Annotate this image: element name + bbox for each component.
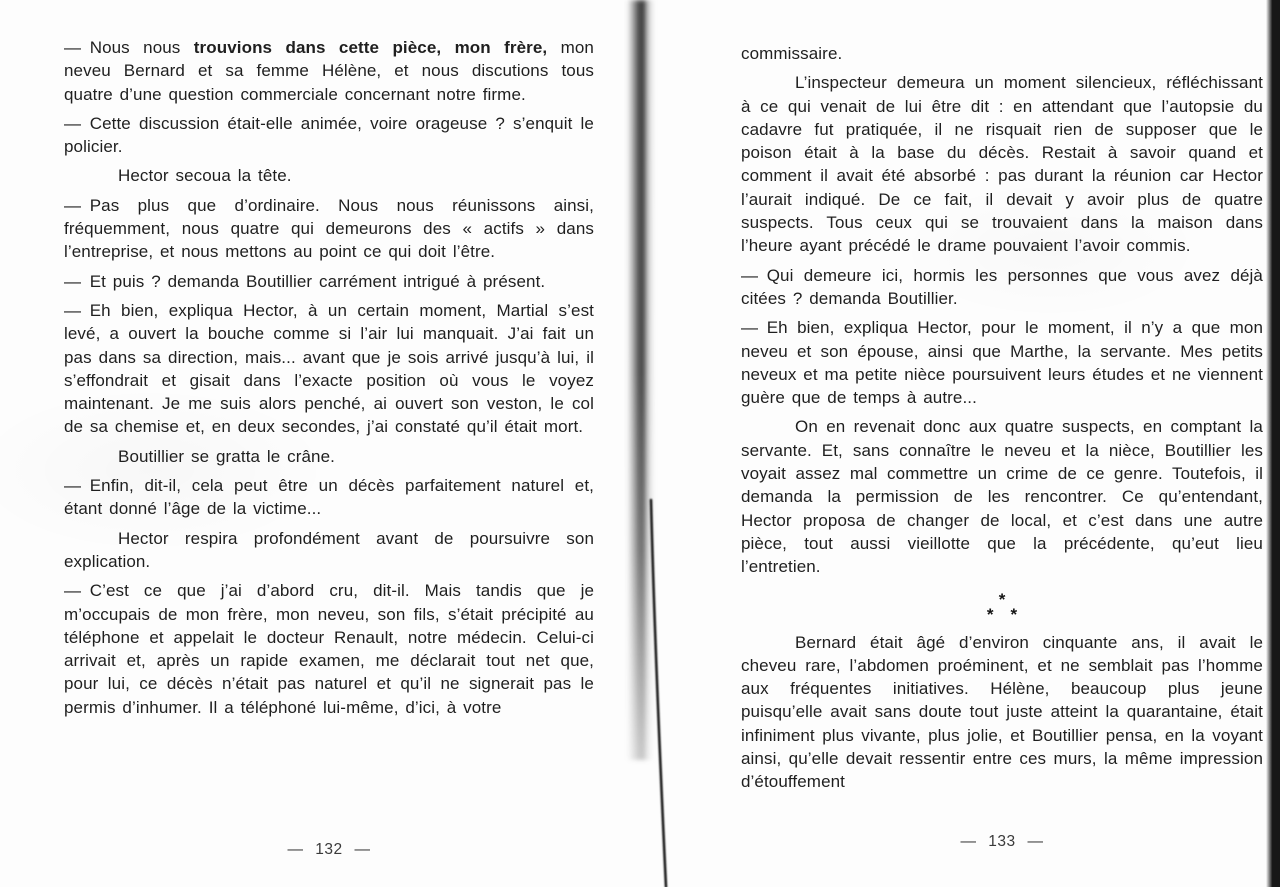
paragraph: — C’est ce que j’ai d’abord cru, dit-il.… — [64, 579, 594, 719]
text-run: — Eh bien, expliqua Hector, pour le mome… — [741, 318, 1263, 407]
paragraph: Hector respira profondément avant de pou… — [64, 527, 594, 574]
paragraph: — Eh bien, expliqua Hector, à un certain… — [64, 299, 594, 439]
left-page: — Nous nous trouvions dans cette pièce, … — [64, 0, 594, 887]
book-scan: { "colors": { "page_background": "#fdfdf… — [0, 0, 1280, 887]
bold-text-run: trouvions dans cette pièce, mon frère, — [194, 38, 548, 57]
paragraph: On en revenait donc aux quatre suspects,… — [741, 415, 1263, 578]
text-run: On en revenait donc aux quatre suspects,… — [741, 417, 1263, 576]
text-run: — Qui demeure ici, hormis les personnes … — [741, 266, 1263, 308]
text-run: — Pas plus que d’ordinaire. Nous nous ré… — [64, 196, 594, 262]
paragraph: — Pas plus que d’ordinaire. Nous nous ré… — [64, 194, 594, 264]
paragraph: L’inspecteur demeura un moment silencieu… — [741, 71, 1263, 257]
text-run: Boutillier se gratta le crâne. — [118, 447, 335, 466]
left-page-text-column: — Nous nous trouvions dans cette pièce, … — [64, 36, 594, 719]
paragraph: — Et puis ? demanda Boutillier carrément… — [64, 270, 594, 293]
paragraph: — Nous nous trouvions dans cette pièce, … — [64, 36, 594, 106]
paragraph: — Eh bien, expliqua Hector, pour le mome… — [741, 316, 1263, 409]
paragraph: — Enfin, dit-il, cela peut être un décès… — [64, 474, 594, 521]
right-page: commissaire.L’inspecteur demeura un mome… — [741, 0, 1263, 887]
text-run: Hector respira profondément avant de pou… — [64, 529, 594, 571]
text-run: Hector secoua la tête. — [118, 166, 292, 185]
text-run: — Enfin, dit-il, cela peut être un décès… — [64, 476, 594, 518]
paragraph: Hector secoua la tête. — [64, 164, 594, 187]
text-run: — C’est ce que j’ai d’abord cru, dit-il.… — [64, 581, 594, 716]
text-run: L’inspecteur demeura un moment silencieu… — [741, 73, 1263, 255]
right-page-text-column: commissaire.L’inspecteur demeura un mome… — [741, 42, 1263, 794]
paragraph: Boutillier se gratta le crâne. — [64, 445, 594, 468]
text-run: — Nous nous — [64, 38, 194, 57]
asterism-separator: ** * — [741, 592, 1263, 622]
right-page-number: — 133 — — [741, 833, 1263, 851]
text-run: — Eh bien, expliqua Hector, à un certain… — [64, 301, 594, 436]
text-run: — Et puis ? demanda Boutillier carrément… — [64, 272, 545, 291]
text-run: Bernard était âgé d’environ cinquante an… — [741, 633, 1263, 792]
text-run: — Cette discussion était-elle animée, vo… — [64, 114, 594, 156]
paragraph: commissaire. — [741, 42, 1263, 65]
text-run: commissaire. — [741, 44, 842, 63]
paragraph: — Qui demeure ici, hormis les personnes … — [741, 264, 1263, 311]
paragraph: — Cette discussion était-elle animée, vo… — [64, 112, 594, 159]
left-page-number: — 132 — — [64, 841, 594, 859]
paragraph: Bernard était âgé d’environ cinquante an… — [741, 631, 1263, 794]
